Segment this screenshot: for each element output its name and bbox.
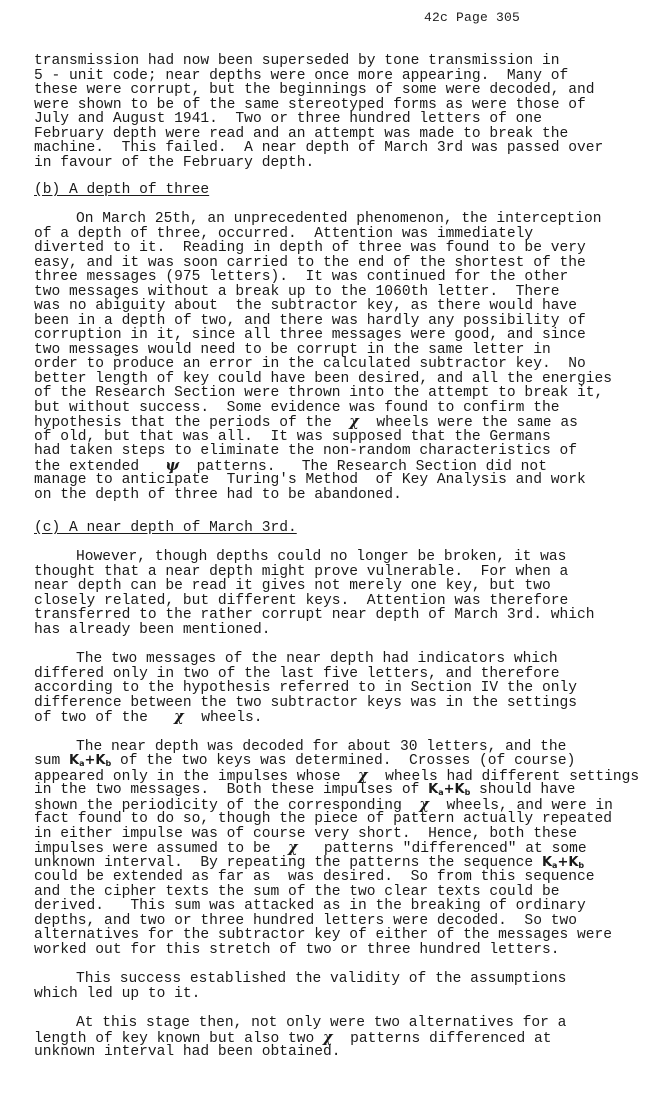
text-line: in either impulse was of course very sho… bbox=[34, 827, 634, 842]
paragraph: At this stage then, not only were two al… bbox=[34, 1016, 634, 1060]
text-line: At this stage then, not only were two al… bbox=[34, 1016, 634, 1031]
text-line: two messages would need to be corrupt in… bbox=[34, 343, 634, 358]
text-line: the extended ψ patterns. The Research Se… bbox=[34, 459, 634, 474]
text-line: in favour of the February depth. bbox=[34, 156, 634, 171]
paragraph: This success established the validity of… bbox=[34, 972, 634, 1001]
section-heading: (b) A depth of three bbox=[34, 183, 209, 198]
key-sum-symbol: Ka+Kb bbox=[542, 855, 584, 870]
text-line: depths, and two or three hundred letters… bbox=[34, 914, 634, 929]
section-section-c: However, though depths could no longer b… bbox=[34, 550, 634, 1060]
text-line: near depth can be read it gives not mere… bbox=[34, 579, 634, 594]
paragraph: transmission had now been superseded by … bbox=[34, 54, 634, 170]
text-line: of a depth of three, occurred. Attention… bbox=[34, 227, 634, 242]
chi-symbol: χ bbox=[323, 1029, 333, 1046]
text-line: However, though depths could no longer b… bbox=[34, 550, 634, 565]
text-line: worked out for this stretch of two or th… bbox=[34, 943, 634, 958]
key-sum-symbol: Ka+Kb bbox=[428, 782, 470, 797]
text-line: in the two messages. Both these impulses… bbox=[34, 783, 634, 798]
text-line: had taken steps to eliminate the non-ran… bbox=[34, 444, 634, 459]
section-intro: transmission had now been superseded by … bbox=[34, 54, 634, 170]
chi-symbol: χ bbox=[358, 767, 368, 784]
text-line: length of key known but also two χ patte… bbox=[34, 1031, 634, 1046]
text-line: July and August 1941. Two or three hundr… bbox=[34, 112, 634, 127]
text-line: of two of the χ wheels. bbox=[34, 710, 634, 725]
text-line: but without success. Some evidence was f… bbox=[34, 401, 634, 416]
psi-symbol: ψ bbox=[165, 457, 179, 474]
text-line: which led up to it. bbox=[34, 987, 634, 1002]
text-line: fact found to do so, though the piece of… bbox=[34, 812, 634, 827]
chi-symbol: χ bbox=[288, 839, 298, 856]
text-line: sum Ka+Kb of the two keys was determined… bbox=[34, 754, 634, 769]
text-line: could be extended as far as was desired.… bbox=[34, 870, 634, 885]
text-line: alternatives for the subtractor key of e… bbox=[34, 928, 634, 943]
text-line: closely related, but different keys. Att… bbox=[34, 594, 634, 609]
text-line: these were corrupt, but the beginnings o… bbox=[34, 83, 634, 98]
text-line: The two messages of the near depth had i… bbox=[34, 652, 634, 667]
text-line: unknown interval had been obtained. bbox=[34, 1045, 634, 1060]
text-line: 5 - unit code; near depths were once mor… bbox=[34, 69, 634, 84]
text-line: three messages (975 letters). It was con… bbox=[34, 270, 634, 285]
document-page: 42c Page 305 transmission had now been s… bbox=[0, 0, 650, 1113]
text-line: February depth were read and an attempt … bbox=[34, 127, 634, 142]
section-section-b: On March 25th, an unprecedented phenomen… bbox=[34, 212, 634, 502]
text-line: on the depth of three had to be abandone… bbox=[34, 488, 634, 503]
text-line: derived. This sum was attacked as in the… bbox=[34, 899, 634, 914]
text-line: order to produce an error in the calcula… bbox=[34, 357, 634, 372]
text-line: was no abiguity about the subtractor key… bbox=[34, 299, 634, 314]
text-line: difference between the two subtractor ke… bbox=[34, 696, 634, 711]
text-line: On March 25th, an unprecedented phenomen… bbox=[34, 212, 634, 227]
paragraph: The near depth was decoded for about 30 … bbox=[34, 740, 634, 958]
paragraph: On March 25th, an unprecedented phenomen… bbox=[34, 212, 634, 502]
chi-symbol: χ bbox=[174, 708, 184, 725]
page-number-header: 42c Page 305 bbox=[424, 10, 520, 25]
text-line: transmission had now been superseded by … bbox=[34, 54, 634, 69]
text-line: corruption in it, since all three messag… bbox=[34, 328, 634, 343]
text-line: of old, but that was all. It was suppose… bbox=[34, 430, 634, 445]
text-line: shown the periodicity of the correspondi… bbox=[34, 798, 634, 813]
text-line: unknown interval. By repeating the patte… bbox=[34, 856, 634, 871]
text-line: diverted to it. Reading in depth of thre… bbox=[34, 241, 634, 256]
text-line: and the cipher texts the sum of the two … bbox=[34, 885, 634, 900]
section-heading: (c) A near depth of March 3rd. bbox=[34, 521, 297, 536]
text-line: appeared only in the impulses whose χ wh… bbox=[34, 769, 634, 784]
text-line: thought that a near depth might prove vu… bbox=[34, 565, 634, 580]
text-line: were shown to be of the same stereotyped… bbox=[34, 98, 634, 113]
text-line: The near depth was decoded for about 30 … bbox=[34, 740, 634, 755]
text-line: impulses were assumed to be χ patterns "… bbox=[34, 841, 634, 856]
text-line: machine. This failed. A near depth of Ma… bbox=[34, 141, 634, 156]
text-line: been in a depth of two, and there was ha… bbox=[34, 314, 634, 329]
text-line: better length of key could have been des… bbox=[34, 372, 634, 387]
chi-symbol: χ bbox=[349, 413, 359, 430]
text-line: easy, and it was soon carried to the end… bbox=[34, 256, 634, 271]
text-line: transferred to the rather corrupt near d… bbox=[34, 608, 634, 623]
key-sum-symbol: Ka+Kb bbox=[69, 753, 111, 768]
text-line: has already been mentioned. bbox=[34, 623, 634, 638]
text-line: hypothesis that the periods of the χ whe… bbox=[34, 415, 634, 430]
text-line: two messages without a break up to the 1… bbox=[34, 285, 634, 300]
text-line: differed only in two of the last five le… bbox=[34, 667, 634, 682]
chi-symbol: χ bbox=[419, 796, 429, 813]
paragraph: However, though depths could no longer b… bbox=[34, 550, 634, 637]
text-line: manage to anticipate Turing's Method of … bbox=[34, 473, 634, 488]
text-line: according to the hypothesis referred to … bbox=[34, 681, 634, 696]
text-line: This success established the validity of… bbox=[34, 972, 634, 987]
text-line: of the Research Section were thrown into… bbox=[34, 386, 634, 401]
paragraph: The two messages of the near depth had i… bbox=[34, 652, 634, 725]
